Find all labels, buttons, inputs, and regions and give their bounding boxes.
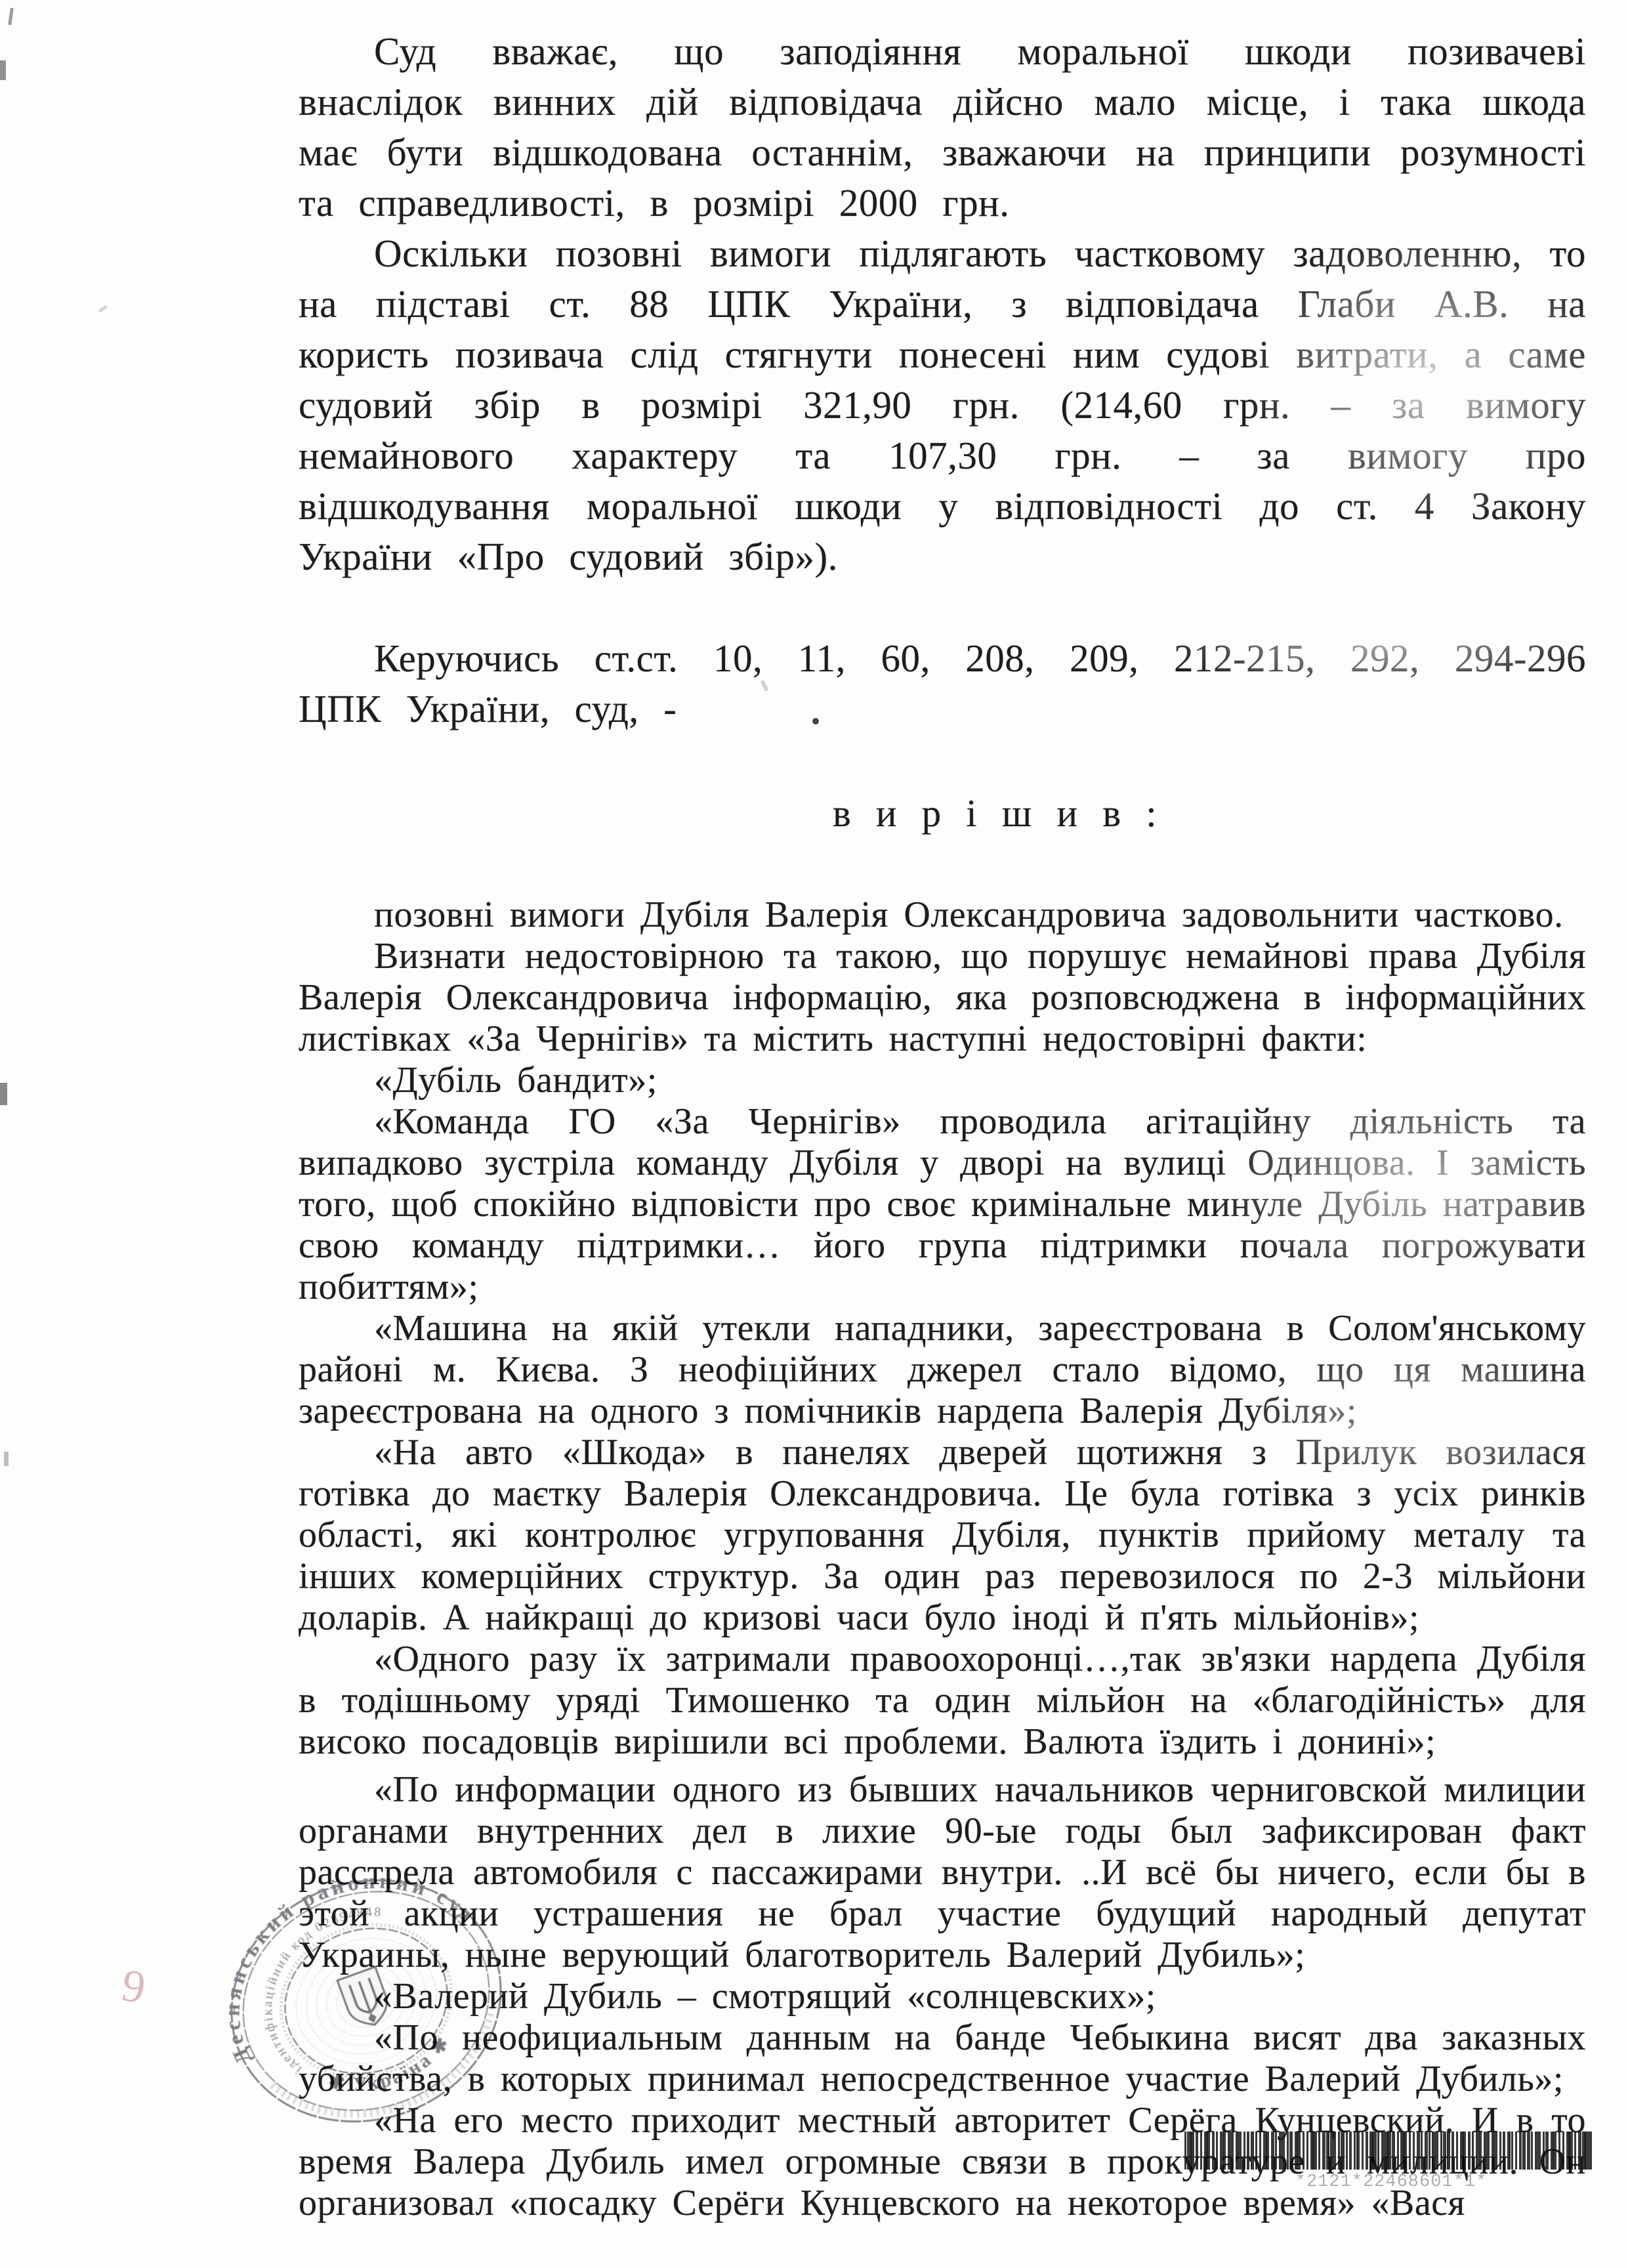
- reasoning-section: Суд вважає, що заподіяння моральної шкод…: [299, 26, 1586, 839]
- seal-id-code-text: ідентифікаційний код 02894848: [233, 1896, 428, 2082]
- scanned-court-decision-page: Суд вважає, що заподіяння моральної шкод…: [0, 0, 1628, 2268]
- coat-of-arms-icon: [337, 1967, 394, 2032]
- doc-paragraph: Оскільки позовні вимоги підлягають частк…: [299, 228, 1586, 582]
- scan-artifact: [0, 1083, 7, 1105]
- seal-ring-text: Деснянський районний суд: [217, 1841, 502, 2068]
- svg-text:✱ Україна ✱: ✱ Україна ✱: [320, 2027, 462, 2111]
- doc-paragraph: «Команда ГО «За Чернігів» проводила агіт…: [299, 1101, 1586, 1308]
- doc-paragraph: Суд вважає, що заподіяння моральної шкод…: [299, 26, 1586, 228]
- doc-paragraph: «Дубіль бандит»;: [299, 1060, 1586, 1101]
- doc-paragraph: «Машина на якій утекли нападники, зареєс…: [299, 1308, 1586, 1432]
- doc-paragraph: Керуючись ст.ст. 10, 11, 60, 208, 209, 2…: [299, 633, 1586, 734]
- doc-paragraph: «Одного разу їх затримали правоохоронці……: [299, 1639, 1586, 1763]
- doc-paragraph: Визнати недостовірною та такою, що поруш…: [299, 936, 1586, 1060]
- handwritten-digit: 9: [118, 1960, 149, 2015]
- svg-text:ідентифікаційний код 0289484: ідентифікаційний код 02894848: [233, 1896, 428, 2082]
- svg-text:Деснянський районний суд: Деснянський районний суд: [217, 1841, 502, 2068]
- doc-paragraph: позовні вимоги Дубіля Валерія Олександро…: [299, 894, 1586, 936]
- doc-paragraph: «На авто «Шкода» в панелях дверей щотижн…: [299, 1432, 1586, 1639]
- court-seal-stamp: Деснянський районний суд ідентифікаційни…: [217, 1841, 516, 2160]
- scan-artifact: [812, 718, 819, 724]
- scan-artifact: [0, 60, 6, 80]
- resolution-heading: в и р і ш и в :: [351, 788, 1628, 839]
- scan-artifact: [4, 1452, 9, 1466]
- scan-artifact: [8, 8, 14, 25]
- scan-artifact: [98, 304, 108, 312]
- barcode: [1184, 2131, 1594, 2170]
- barcode-number: *2121*22468601*1*: [1286, 2172, 1496, 2192]
- seal-country-text: ✱ Україна ✱: [320, 2027, 462, 2111]
